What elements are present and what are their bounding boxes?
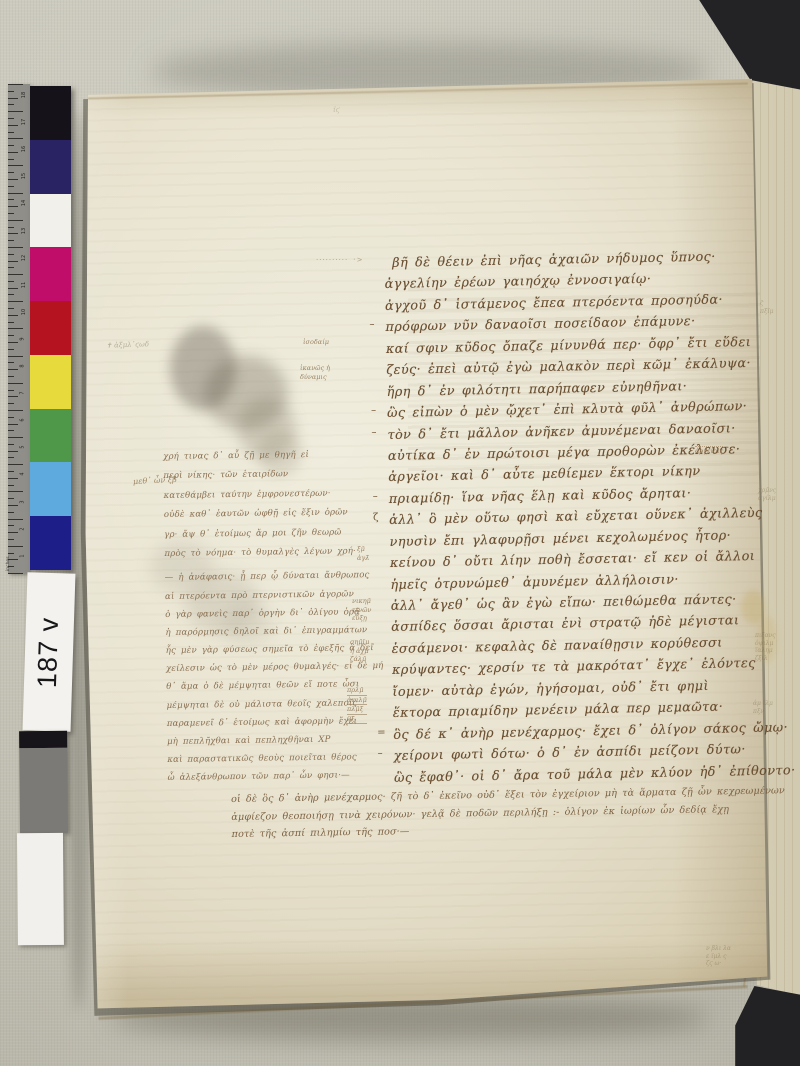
ruler-tick bbox=[8, 430, 14, 431]
ruler-tick bbox=[8, 525, 14, 526]
ruler-tick bbox=[8, 240, 14, 241]
grayscale-patch-black bbox=[19, 731, 67, 748]
ruler-tick bbox=[8, 186, 14, 187]
ruler-tick bbox=[8, 227, 14, 228]
color-calibration-bar bbox=[30, 86, 71, 570]
ruler-tick bbox=[8, 165, 23, 166]
critical-sign: ζ bbox=[373, 512, 379, 523]
ruler-number: 5 bbox=[20, 446, 26, 449]
ruler-tick bbox=[8, 159, 14, 160]
ruler-tick bbox=[8, 335, 14, 336]
ruler-tick bbox=[8, 301, 23, 302]
calibration-ruler: inches 181716151413121110987654321 bbox=[8, 84, 30, 573]
ruler-tick bbox=[8, 424, 18, 425]
ruler-tick bbox=[8, 539, 14, 540]
ruler-tick bbox=[8, 444, 14, 445]
critical-sign: = bbox=[377, 727, 386, 738]
ruler-tick bbox=[8, 247, 23, 248]
color-patch-light-blue bbox=[30, 462, 71, 516]
ruler-tick bbox=[8, 356, 23, 357]
ruler-number: 3 bbox=[20, 500, 26, 503]
fore-edge-faint-note: ἀμ ϊλμπξν bbox=[753, 700, 773, 715]
ruler-number: 12 bbox=[21, 254, 27, 260]
ruler-number: 2 bbox=[20, 527, 26, 530]
ruler-tick bbox=[8, 315, 18, 316]
ruler-tick bbox=[8, 417, 14, 418]
color-patch-white bbox=[30, 194, 71, 248]
ruler-number: 1 bbox=[20, 554, 26, 557]
ruler-tick bbox=[8, 172, 14, 173]
color-patch-green bbox=[30, 409, 71, 463]
critical-sign: – bbox=[373, 491, 378, 502]
grayscale-patch-white bbox=[17, 833, 64, 945]
color-patch-magenta bbox=[30, 247, 71, 301]
ruler-number: 10 bbox=[21, 309, 27, 315]
ruler-tick bbox=[8, 369, 18, 370]
critical-sign: – bbox=[371, 427, 376, 438]
ruler-number: 9 bbox=[20, 337, 26, 340]
ruler-tick bbox=[8, 213, 14, 214]
marginal-gloss-cluster: ἰσοδαίμ bbox=[303, 338, 329, 347]
ruler-tick bbox=[8, 233, 18, 234]
ruler-tick bbox=[8, 512, 14, 513]
color-patch-red bbox=[30, 301, 71, 355]
ruler-tick bbox=[8, 396, 18, 397]
fore-edge-faint-note: ϛ̄πξϊμ bbox=[760, 300, 774, 315]
ruler-tick bbox=[8, 362, 14, 363]
critical-sign: – bbox=[371, 405, 376, 416]
ruler-tick bbox=[8, 267, 14, 268]
ruler-tick bbox=[8, 519, 23, 520]
ruler-tick bbox=[8, 546, 23, 547]
left-margin-scholia-block: χρή τινας δ᾽ αὖ ζῇ με θηγῆ εἰπερὶ νίκης·… bbox=[163, 449, 370, 791]
ruler-number: 17 bbox=[21, 119, 27, 125]
ruler-tick bbox=[8, 498, 14, 499]
ruler-tick bbox=[8, 410, 23, 411]
ruler-tick bbox=[8, 274, 23, 275]
fore-edge-faint-note: χρμ̄νςἀγίλμ bbox=[758, 487, 776, 502]
folio-number-text: 187 v bbox=[32, 616, 65, 688]
fore-edge-faint-note: ν βλι λαε ϊμλ ςζϛ ω· bbox=[706, 945, 731, 968]
ruler-number: 18 bbox=[21, 92, 27, 98]
top-quire-mark: ϊϛ bbox=[333, 106, 340, 114]
folio-number-label: 187 v bbox=[23, 572, 76, 731]
marginal-gloss-cluster: πρλμ̄ἀφιλμ̄πλμ̄ξθξ̄ bbox=[347, 686, 367, 724]
ruler-tick bbox=[8, 451, 18, 452]
ruler-tick bbox=[8, 104, 14, 105]
ruler-tick bbox=[8, 261, 18, 262]
ruler-tick bbox=[8, 125, 18, 126]
ruler-tick bbox=[8, 288, 18, 289]
ruler-tick bbox=[8, 179, 18, 180]
color-patch-yellow bbox=[30, 355, 71, 409]
ruler-tick bbox=[8, 403, 14, 404]
ruler-tick bbox=[8, 328, 23, 329]
ruler-tick bbox=[8, 91, 14, 92]
ruler-tick bbox=[8, 464, 23, 465]
ruler-tick bbox=[8, 152, 18, 153]
ruler-tick bbox=[8, 437, 23, 438]
ruler-tick bbox=[8, 145, 14, 146]
ruler-tick bbox=[8, 220, 23, 221]
marginal-gloss-cluster: νικημ̄τινῶνεὔξῃ bbox=[352, 597, 371, 623]
ruler-number: 13 bbox=[21, 227, 27, 233]
ruler-number: 8 bbox=[20, 364, 26, 367]
ruler-number: 7 bbox=[20, 392, 26, 395]
critical-sign: – bbox=[369, 320, 374, 331]
ruler-tick bbox=[8, 118, 14, 119]
ruler-tick bbox=[8, 376, 14, 377]
grayscale-calibration-patches bbox=[19, 731, 69, 945]
color-patch-navy-blue bbox=[30, 140, 71, 194]
ruler-tick bbox=[8, 383, 23, 384]
marginal-gloss-cluster: ξμ̄ἀγλ̄ bbox=[357, 545, 369, 562]
ruler-tick bbox=[8, 478, 18, 479]
ruler-tick bbox=[8, 559, 18, 560]
ruler-tick bbox=[8, 308, 14, 309]
critical-sign: – bbox=[378, 748, 383, 759]
grayscale-patch-gray bbox=[19, 748, 68, 833]
ruler-tick bbox=[8, 491, 23, 492]
fore-edge-faint-note: πιξανςὀψιλμϊαλημζξιλ bbox=[755, 632, 776, 662]
ruler-tick bbox=[8, 573, 23, 574]
ruler-tick bbox=[8, 566, 14, 567]
bottom-scholia-block: οἱ δὲ ὃς δ᾽ ἀνὴρ μενέχαρμος· ζῆ τὸ δ᾽ ἐκ… bbox=[231, 785, 798, 846]
ruler-number: 4 bbox=[20, 473, 26, 476]
marginal-gloss-cluster: σημ̄ϊμἡ ἀχμ̄ζάλμ̄ bbox=[350, 638, 369, 664]
ruler-number: 15 bbox=[21, 173, 27, 179]
ruler-tick bbox=[8, 98, 18, 99]
color-patch-black bbox=[30, 86, 71, 140]
ruler-tick bbox=[8, 505, 18, 506]
ruler-tick bbox=[8, 84, 23, 85]
ruler-tick bbox=[8, 532, 18, 533]
ruler-number: 16 bbox=[21, 146, 27, 152]
color-patch-dark-blue bbox=[30, 516, 71, 570]
ruler-number: 14 bbox=[21, 200, 27, 206]
ruler-number: 11 bbox=[21, 282, 27, 288]
ruler-tick bbox=[8, 193, 23, 194]
marginal-gloss-cluster: ἱκανῶς ἡδύναμις bbox=[300, 364, 330, 381]
scholion-line: ὦ ἀλεξάνθρωπον τῶν παρ᾽ ὧν φησι·— bbox=[167, 771, 369, 792]
ruler-tick bbox=[8, 471, 14, 472]
ruler-tick bbox=[8, 553, 14, 554]
ruler-tick bbox=[8, 485, 14, 486]
faded-line-start-mark: ·········· ᛫> bbox=[316, 256, 364, 264]
ruler-number: 6 bbox=[20, 419, 26, 422]
pencil-margin-note: ✝ ἀξμλ᾽ϛωδ bbox=[106, 340, 149, 349]
ruler-tick bbox=[8, 138, 23, 139]
ruler-tick bbox=[8, 199, 14, 200]
ruler-tick bbox=[8, 322, 14, 323]
ruler-tick bbox=[8, 206, 18, 207]
verse-text: ἀγγελίην ἐρέων γαιηόχῳ ἐννοσιγαίῳ· bbox=[384, 272, 651, 292]
interlinear-gloss: ἀργείοις bbox=[695, 446, 723, 455]
ruler-tick bbox=[8, 390, 14, 391]
main-text-iliad-verses: βῆ δὲ θέειν ἐπὶ νῆας ἀχαιῶν νήδυμος ὕπνο… bbox=[384, 245, 766, 788]
ruler-tick bbox=[8, 349, 14, 350]
ruler-tick bbox=[8, 281, 14, 282]
ruler-tick bbox=[8, 294, 14, 295]
ruler-tick bbox=[8, 132, 14, 133]
ruler-tick bbox=[8, 342, 18, 343]
ruler-tick bbox=[8, 254, 14, 255]
ruler-tick bbox=[8, 457, 14, 458]
ruler-tick bbox=[8, 111, 23, 112]
